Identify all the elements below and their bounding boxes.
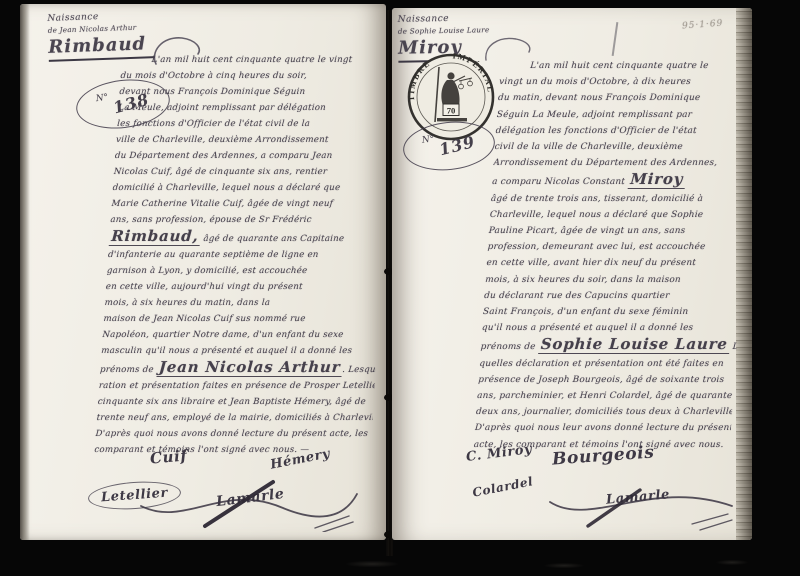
signature: Cuif bbox=[149, 446, 188, 467]
line-text: les fonctions d'Officier de l'état civil… bbox=[117, 119, 311, 129]
signature: Colardel bbox=[471, 474, 534, 499]
manuscript-line: Marie Catherine Vitalie Cuif, âgée de vi… bbox=[111, 196, 388, 212]
manuscript-line: d'infanterie au quarante septième de lig… bbox=[107, 247, 384, 263]
manuscript-line: devant nous François Dominique Séguin bbox=[119, 84, 396, 100]
emphasized-name: Miroy bbox=[628, 171, 686, 189]
line-text: prénoms de bbox=[480, 342, 539, 352]
manuscript-line: Rimbaud, âgé de quarante ans Capitaine bbox=[109, 228, 386, 247]
line-text: Charleville, lequel nous a déclaré que S… bbox=[489, 210, 703, 220]
manuscript-line: domicilié à Charleville, lequel nous a d… bbox=[112, 180, 389, 196]
line-text: prénoms de bbox=[100, 365, 157, 375]
line-text: deux ans, journalier, domiciliés tous de… bbox=[476, 407, 733, 417]
line-text: du Département des Ardennes, a comparu J… bbox=[115, 151, 333, 161]
line-text: La Meule, adjoint remplissant par déléga… bbox=[118, 103, 326, 113]
margin-subheading: de Sophie Louise Laure bbox=[398, 25, 490, 36]
line-text: du déclarant rue des Capucins quartier bbox=[484, 291, 670, 301]
manuscript-line: D'après quoi nous leur avons donné lectu… bbox=[474, 420, 731, 436]
manuscript-line: Napoléon, quartier Notre dame, d'un enfa… bbox=[102, 327, 379, 343]
manuscript-line: en cette ville, aujourd'hui vingt du pré… bbox=[105, 279, 382, 295]
manuscript-line: ville de Charleville, deuxième Arrondiss… bbox=[115, 132, 392, 148]
line-text: Napoléon, quartier Notre dame, d'un enfa… bbox=[102, 330, 344, 340]
line-text: âgé de quarante ans Capitaine bbox=[200, 234, 345, 244]
line-text: Séguin La Meule, adjoint remplissant par bbox=[496, 110, 692, 120]
line-text: Marie Catherine Vitalie Cuif, âgée de vi… bbox=[111, 199, 333, 209]
line-text: mois, à six heures du matin, dans la bbox=[104, 298, 270, 308]
line-text: Saint François, d'un enfant du sexe fémi… bbox=[483, 307, 689, 317]
signature-paraph bbox=[135, 472, 365, 532]
manuscript-line: Séguin La Meule, adjoint remplissant par bbox=[496, 107, 753, 123]
page-edge-left bbox=[20, 4, 30, 540]
line-text: Les- bbox=[729, 342, 737, 352]
manuscript-line: L'an mil huit cent cinquante quatre le bbox=[500, 58, 757, 74]
manuscript-line: civil de la ville de Charleville, deuxiè… bbox=[494, 139, 751, 155]
line-text: en cette ville, avant hier dix neuf du p… bbox=[486, 258, 696, 268]
line-text: Arrondissement du Département des Ardenn… bbox=[493, 158, 718, 168]
manuscript-line: deux ans, journalier, domiciliés tous de… bbox=[475, 404, 732, 420]
line-text: L'an mil huit cent cinquante quatre le bbox=[530, 61, 709, 71]
manuscript-line: D'après quoi nous avons donné lecture du… bbox=[95, 426, 372, 442]
manuscript-line: L'an mil huit cent cinquante quatre le v… bbox=[121, 52, 398, 68]
register-book-scan: Naissance de Jean Nicolas Arthur Rimbaud… bbox=[0, 0, 800, 576]
line-text: ans, parcheminier, et Henri Colardel, âg… bbox=[477, 391, 733, 401]
act-number-prefix: N° bbox=[95, 93, 109, 104]
scan-dust bbox=[300, 556, 780, 572]
manuscript-line: ration et présentation faites en présenc… bbox=[98, 378, 375, 394]
manuscript-line: présence de Joseph Bourgeois, âgé de soi… bbox=[478, 372, 735, 388]
manuscript-line: a comparu Nicolas Constant Miroy bbox=[492, 171, 749, 190]
manuscript-line: Pauline Picart, âgée de vingt un ans, sa… bbox=[488, 223, 745, 239]
emphasized-name: Sophie Louise Laure bbox=[538, 336, 730, 354]
manuscript-line: Arrondissement du Département des Ardenn… bbox=[493, 155, 750, 171]
act-text-left: L'an mil huit cent cinquante quatre le v… bbox=[94, 52, 398, 458]
manuscript-line: du Département des Ardennes, a comparu J… bbox=[114, 148, 391, 164]
signature-paraph bbox=[542, 476, 752, 534]
line-text: qu'il nous a présenté et auquel il a don… bbox=[482, 323, 694, 333]
line-text: a comparu Nicolas Constant bbox=[492, 177, 629, 187]
binding-thread bbox=[389, 10, 391, 556]
emphasized-name: Rimbaud, bbox=[109, 228, 202, 246]
manuscript-line: prénoms de Sophie Louise Laure Les- bbox=[480, 336, 737, 355]
line-text: devant nous François Dominique Séguin bbox=[119, 87, 306, 97]
manuscript-line: mois, à six heures du matin, dans la bbox=[104, 295, 381, 311]
line-text: vingt un du mois d'Octobre, à dix heures bbox=[499, 77, 691, 87]
manuscript-line: profession, demeurant avec lui, est acco… bbox=[487, 239, 744, 255]
line-text: ration et présentation faites en présenc… bbox=[98, 381, 375, 391]
line-text: L'an mil huit cent cinquante quatre le v… bbox=[151, 55, 352, 65]
manuscript-line: en cette ville, avant hier dix neuf du p… bbox=[486, 255, 743, 271]
line-text: . Lesquelles décla- bbox=[342, 365, 377, 375]
line-text: ans, sans profession, épouse de Sr Frédé… bbox=[110, 215, 312, 225]
line-text: D'après quoi nous avons donné lecture du… bbox=[95, 429, 368, 439]
manuscript-line: ans, sans profession, épouse de Sr Frédé… bbox=[110, 212, 387, 228]
stamp-value: 70 bbox=[447, 106, 456, 116]
line-text: trente neuf ans, employé de la mairie, d… bbox=[96, 413, 373, 423]
manuscript-line: ans, parcheminier, et Henri Colardel, âg… bbox=[477, 388, 734, 404]
act-number-value: 139 bbox=[437, 132, 477, 159]
line-text: domicilié à Charleville, lequel nous a d… bbox=[112, 183, 340, 193]
manuscript-line: masculin qu'il nous a présenté et auquel… bbox=[101, 343, 378, 359]
line-text: D'après quoi nous leur avons donné lectu… bbox=[475, 423, 732, 433]
manuscript-line: maison de Jean Nicolas Cuif sus nommé ru… bbox=[103, 311, 380, 327]
line-text: masculin qu'il nous a présenté et auquel… bbox=[101, 346, 353, 356]
manuscript-line: garnison à Lyon, y domicilié, est accouc… bbox=[106, 263, 383, 279]
margin-heading: Naissance bbox=[398, 13, 490, 25]
line-text: du matin, devant nous François Dominique bbox=[498, 93, 701, 103]
emphasized-name: Jean Nicolas Arthur bbox=[156, 359, 343, 377]
manuscript-line: La Meule, adjoint remplissant par déléga… bbox=[118, 100, 395, 116]
line-text: quelles déclaration et présentation ont … bbox=[479, 359, 724, 369]
line-text: Nicolas Cuif, âgé de cinquante six ans, … bbox=[113, 167, 327, 177]
line-text: en cette ville, aujourd'hui vingt du pré… bbox=[105, 282, 303, 292]
manuscript-line: quelles déclaration et présentation ont … bbox=[479, 356, 736, 372]
manuscript-line: Charleville, lequel nous a déclaré que S… bbox=[489, 207, 746, 223]
line-text: comparant et témoins l'ont signé avec no… bbox=[94, 445, 310, 455]
line-text: du mois d'Octobre à cinq heures du soir, bbox=[120, 71, 307, 81]
line-text: âgé de trente trois ans, tisserant, domi… bbox=[491, 194, 704, 204]
manuscript-line: du matin, devant nous François Dominique bbox=[497, 90, 754, 106]
manuscript-line: trente neuf ans, employé de la mairie, d… bbox=[96, 410, 373, 426]
line-text: Pauline Picart, âgée de vingt un ans, sa… bbox=[488, 226, 685, 236]
manuscript-line: âgé de trente trois ans, tisserant, domi… bbox=[490, 191, 747, 207]
manuscript-line: qu'il nous a présenté et auquel il a don… bbox=[481, 320, 738, 336]
manuscript-line: Nicolas Cuif, âgé de cinquante six ans, … bbox=[113, 164, 390, 180]
line-text: ville de Charleville, deuxième Arrondiss… bbox=[116, 135, 329, 145]
manuscript-line: vingt un du mois d'Octobre, à dix heures bbox=[499, 74, 756, 90]
act-number-prefix: N° bbox=[421, 135, 434, 146]
right-page: Naissance de Sophie Louise Laure Miroy T… bbox=[392, 8, 752, 540]
manuscript-line: du mois d'Octobre à cinq heures du soir, bbox=[120, 68, 397, 84]
act-text-right: L'an mil huit cent cinquante quatre levi… bbox=[473, 58, 757, 453]
manuscript-line: mois, à six heures du soir, dans la mais… bbox=[485, 272, 742, 288]
stamp-value-box: 70 bbox=[443, 104, 459, 116]
line-text: cinquante six ans libraire et Jean Bapti… bbox=[97, 397, 366, 407]
line-text: maison de Jean Nicolas Cuif sus nommé ru… bbox=[103, 314, 306, 324]
line-text: civil de la ville de Charleville, deuxiè… bbox=[494, 142, 683, 152]
line-text: délégation les fonctions d'Officier de l… bbox=[495, 126, 697, 136]
manuscript-line: prénoms de Jean Nicolas Arthur. Lesquell… bbox=[99, 359, 376, 378]
manuscript-line: du déclarant rue des Capucins quartier bbox=[484, 288, 741, 304]
left-page: Naissance de Jean Nicolas Arthur Rimbaud… bbox=[20, 4, 386, 540]
manuscript-line: cinquante six ans libraire et Jean Bapti… bbox=[97, 394, 374, 410]
line-text: garnison à Lyon, y domicilié, est accouc… bbox=[107, 266, 308, 276]
manuscript-line: les fonctions d'Officier de l'état civil… bbox=[117, 116, 394, 132]
line-text: profession, demeurant avec lui, est acco… bbox=[487, 242, 706, 252]
line-text: mois, à six heures du soir, dans la mais… bbox=[485, 275, 681, 285]
manuscript-line: Saint François, d'un enfant du sexe fémi… bbox=[482, 304, 739, 320]
manuscript-line: délégation les fonctions d'Officier de l… bbox=[495, 123, 752, 139]
line-text: d'infanterie au quarante septième de lig… bbox=[108, 250, 319, 260]
line-text: présence de Joseph Bourgeois, âgé de soi… bbox=[478, 375, 725, 385]
